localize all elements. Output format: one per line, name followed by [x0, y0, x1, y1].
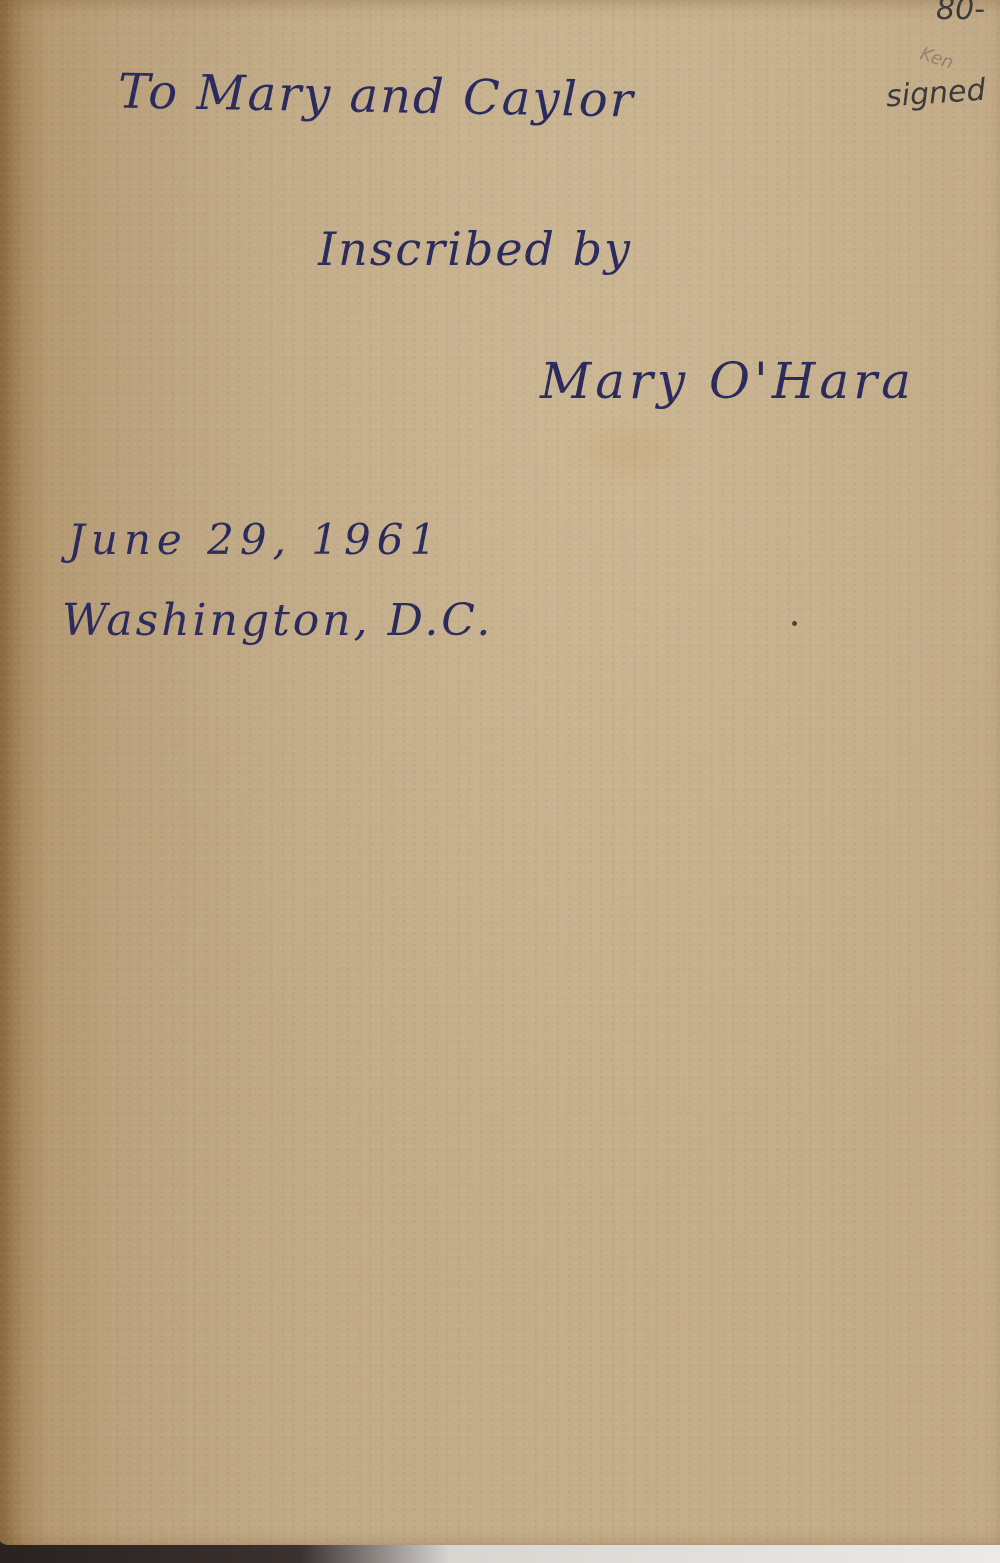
pencil-faint-note: Ken [918, 43, 956, 73]
paper-stain [560, 410, 700, 490]
inscription-place: Washington, D.C. [62, 595, 493, 646]
photo: 80- Ken signed To Mary and Caylor Inscri… [0, 0, 1000, 1563]
dedication-line: To Mary and Caylor [118, 63, 636, 128]
background-below-page [0, 1545, 1000, 1563]
inscription-date: June 29, 1961 [68, 515, 442, 564]
inscribed-by-line: Inscribed by [318, 222, 632, 276]
pencil-signed-note: signed [885, 73, 987, 115]
ink-dot [792, 621, 797, 626]
endpaper-page: 80- Ken signed To Mary and Caylor Inscri… [0, 0, 1000, 1548]
pencil-price: 80- [936, 0, 985, 27]
author-signature: Mary O'Hara [540, 352, 915, 410]
